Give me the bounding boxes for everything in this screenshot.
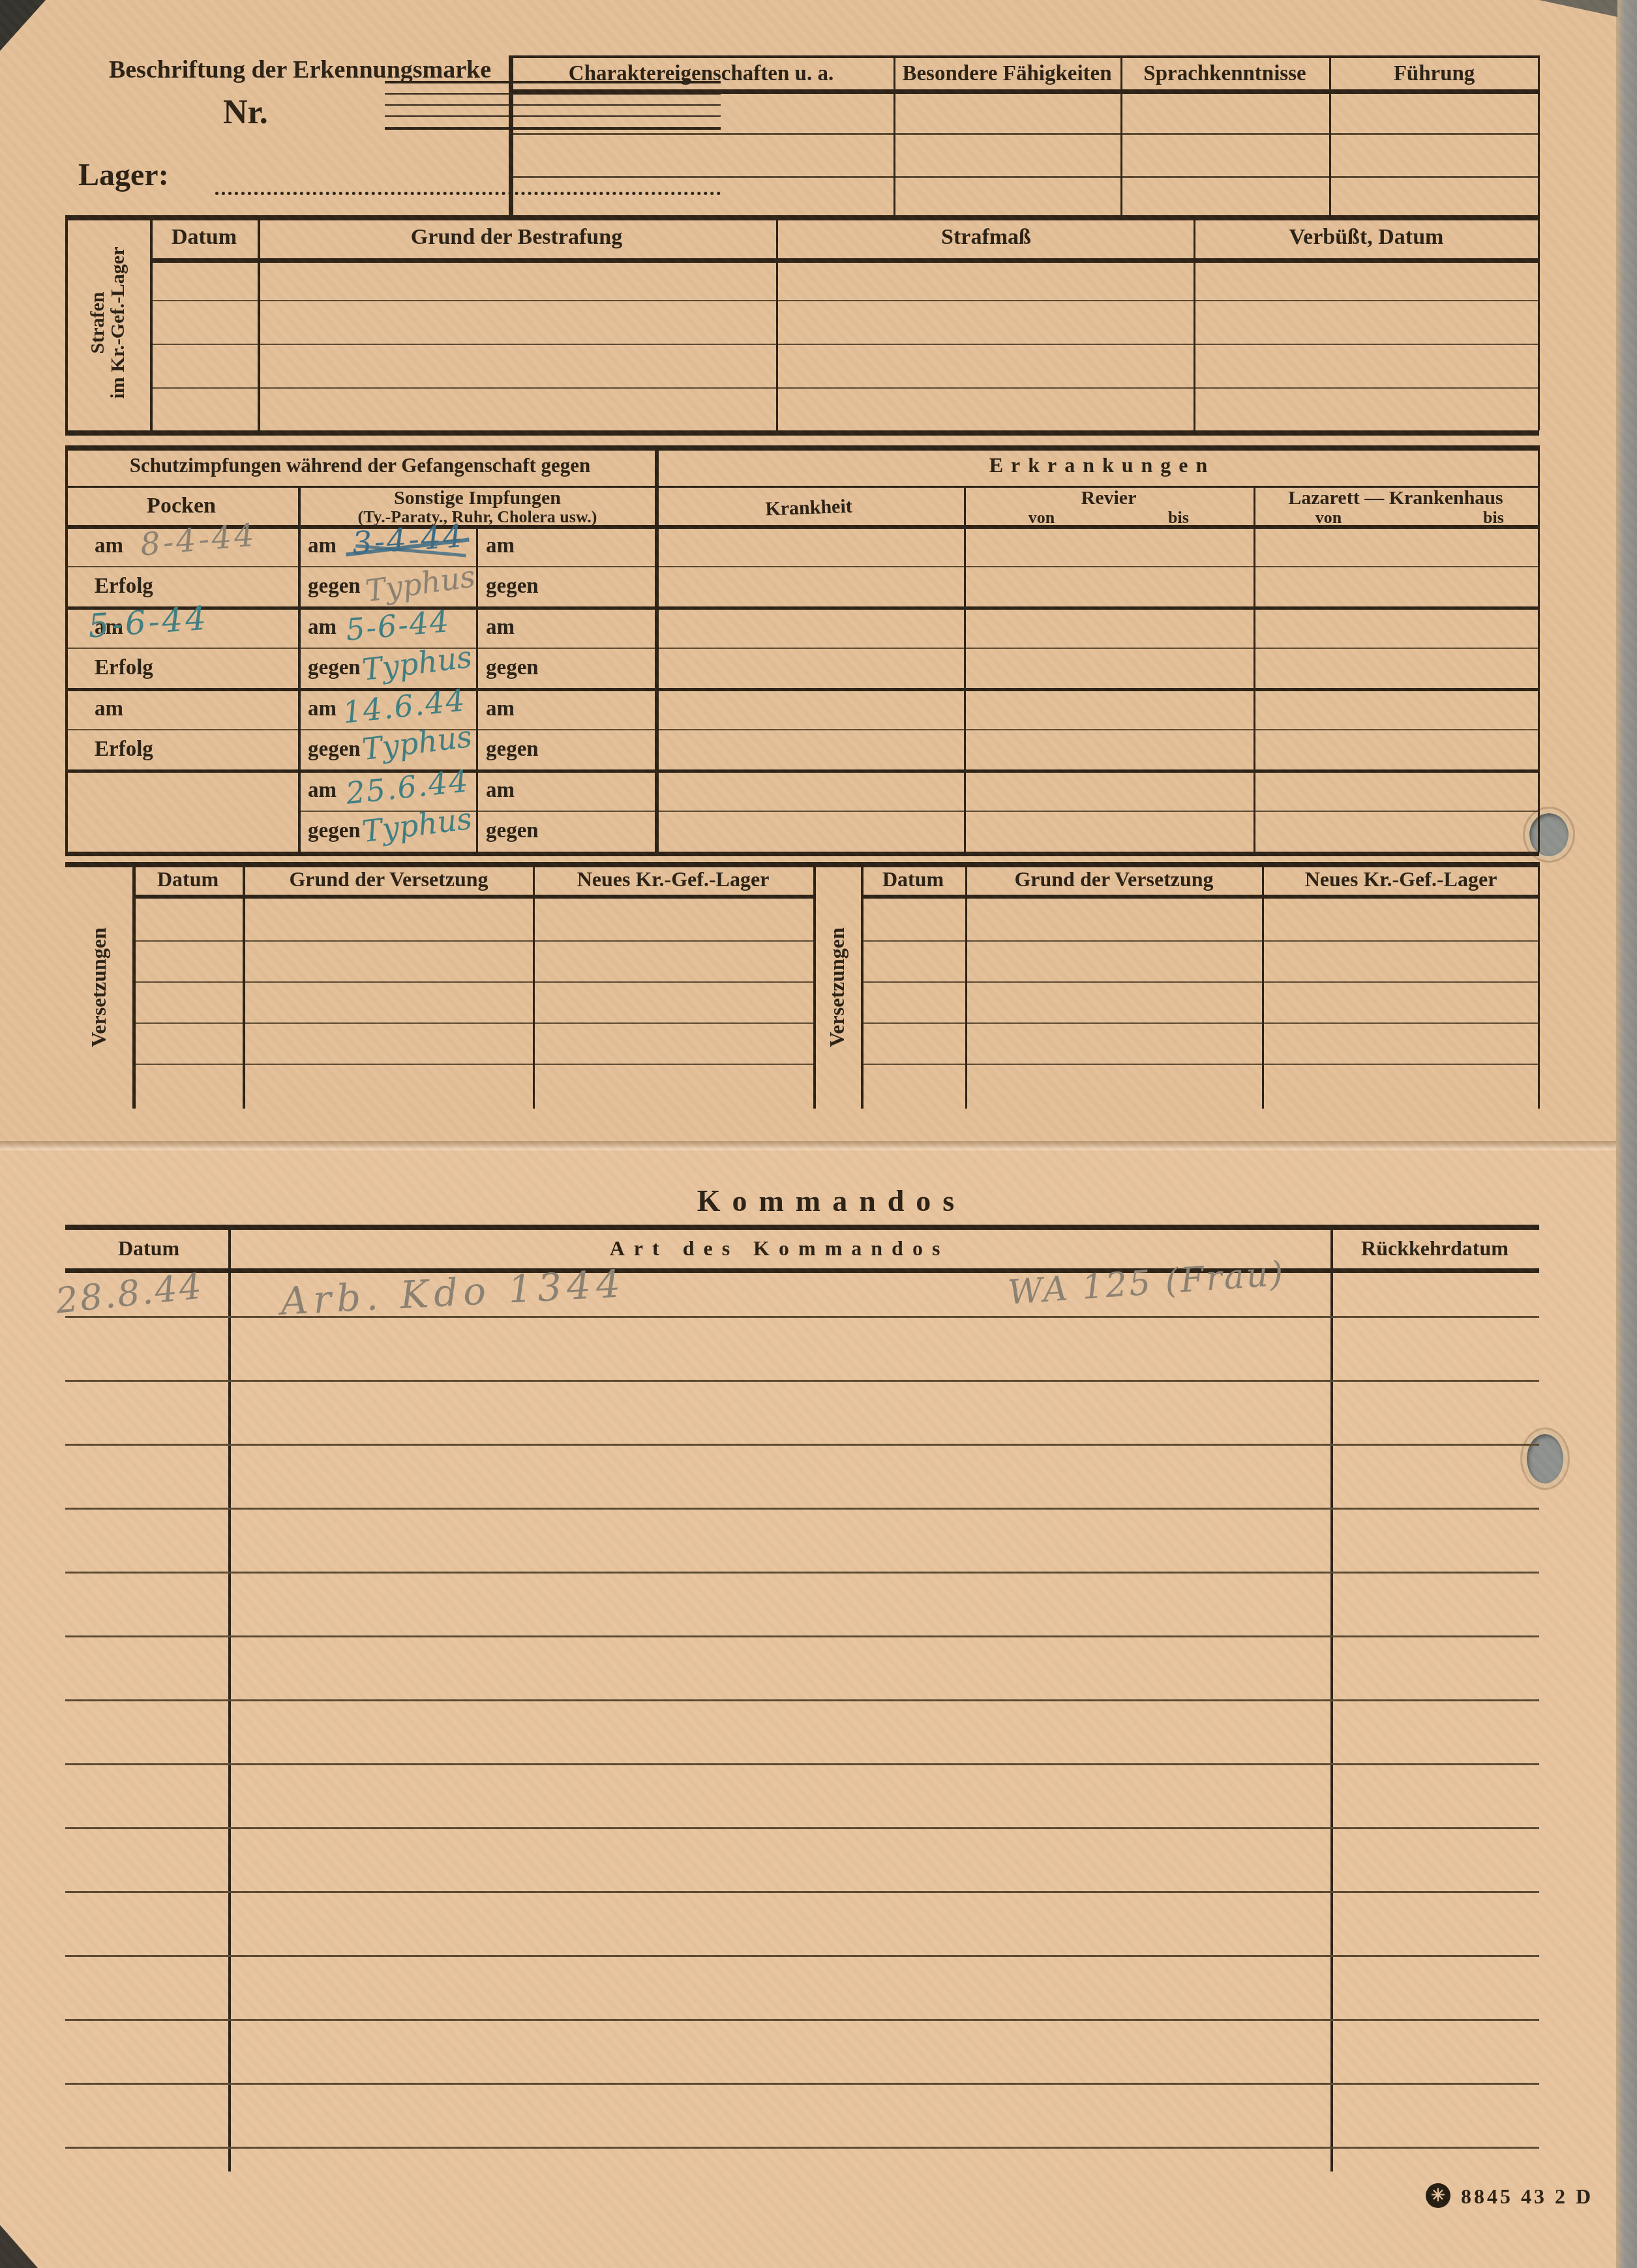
rule bbox=[150, 300, 1539, 301]
rule bbox=[861, 1064, 1539, 1065]
rule bbox=[65, 1891, 1539, 1893]
versetzungen-side-label-text: Versetzungen bbox=[88, 927, 110, 1047]
nr-rule bbox=[385, 104, 721, 106]
sonstige-r8-gegen-label: gegen bbox=[308, 820, 361, 843]
rule bbox=[65, 445, 1539, 451]
rule bbox=[65, 1572, 1539, 1574]
col3-r8-gegen-label: gegen bbox=[486, 820, 539, 843]
nr-rule bbox=[385, 127, 721, 130]
col-sprachkenntnisse: Sprachkenntnisse bbox=[1143, 63, 1306, 85]
versetzungen-right-col-grund: Grund der Versetzung bbox=[1014, 869, 1213, 891]
pocken-r1-am-label: am bbox=[95, 535, 123, 558]
fold-crease bbox=[0, 1141, 1637, 1150]
pocken-r2-erfolg-label: Erfolg bbox=[95, 575, 153, 598]
impfungen-col-pocken: Pocken bbox=[147, 494, 216, 518]
rule bbox=[150, 258, 1539, 263]
rule bbox=[132, 862, 136, 1109]
rule bbox=[509, 55, 1539, 58]
rule bbox=[65, 2019, 1539, 2021]
pocken-r4-erfolg-label: Erfolg bbox=[95, 657, 153, 679]
col3-r7-am-label: am bbox=[486, 779, 515, 802]
col-charaktereigenschaften: Charaktereigenschaften u. a. bbox=[569, 63, 834, 85]
rule bbox=[861, 862, 864, 1109]
versetzungen-left-col-datum: Datum bbox=[157, 869, 218, 891]
rule bbox=[132, 1064, 813, 1065]
sonstige-r7-am-label: am bbox=[308, 779, 337, 802]
handwriting-kommando-art2: WA 125 (Frau) bbox=[1006, 1254, 1286, 1313]
strafen-side-label-line2: im Kr.-Gef.-Lager bbox=[108, 247, 128, 399]
versetzungen-right-col-datum: Datum bbox=[882, 869, 944, 891]
versetzungen-left-col-grund: Grund der Versetzung bbox=[289, 869, 488, 891]
rule bbox=[1120, 55, 1122, 218]
rule bbox=[1538, 862, 1540, 1109]
right-scan-edge bbox=[1616, 0, 1637, 2268]
rule bbox=[132, 895, 813, 899]
versetzungen-side-label-right: Versetzungen bbox=[823, 870, 852, 1105]
rule bbox=[132, 940, 813, 942]
sonstige-r6-gegen-label: gegen bbox=[308, 738, 361, 761]
rule bbox=[1538, 55, 1540, 218]
rule bbox=[65, 1699, 1539, 1701]
rule bbox=[509, 55, 513, 218]
rule bbox=[65, 430, 1539, 436]
rule bbox=[65, 1380, 1539, 1382]
col-besondere-faehigkeiten: Besondere Fähigkeiten bbox=[902, 63, 1111, 85]
strafen-col-strafmass: Strafmaß bbox=[941, 226, 1031, 249]
rule bbox=[1330, 1225, 1333, 2171]
rule bbox=[298, 486, 301, 852]
rule bbox=[964, 486, 966, 852]
rule bbox=[1329, 55, 1331, 218]
rule bbox=[65, 1508, 1539, 1510]
rule bbox=[132, 1022, 813, 1024]
rule bbox=[132, 981, 813, 983]
rule bbox=[65, 1955, 1539, 1957]
rule bbox=[1538, 215, 1540, 430]
rule bbox=[1194, 215, 1195, 430]
rule bbox=[65, 688, 1539, 691]
erkrankungen-col-lazarett: Lazarett — Krankenhaus bbox=[1288, 488, 1503, 509]
rule bbox=[65, 769, 1539, 773]
rule bbox=[65, 2147, 1539, 2149]
lager-dotted-line bbox=[215, 163, 721, 195]
rule bbox=[150, 215, 153, 430]
print-code: 8845 43 2 D bbox=[1461, 2186, 1593, 2208]
rule bbox=[861, 940, 1539, 942]
rule bbox=[243, 862, 245, 1109]
rule bbox=[65, 729, 1539, 730]
strafen-col-grund: Grund der Bestrafung bbox=[411, 226, 622, 249]
rule bbox=[476, 525, 478, 852]
kommandos-col-datum: Datum bbox=[118, 1238, 179, 1260]
revier-bis-label: bis bbox=[1168, 509, 1189, 526]
lager-label: Lager: bbox=[78, 159, 169, 192]
eagle-emblem-icon: ✳ bbox=[1426, 2183, 1450, 2208]
rule bbox=[965, 862, 967, 1109]
impfungen-col-sonstige-line1: Sonstige Impfungen bbox=[394, 488, 561, 509]
strafen-side-label: Strafen im Kr.-Gef.-Lager bbox=[65, 212, 150, 434]
rule bbox=[65, 1268, 1539, 1273]
col3-r5-am-label: am bbox=[486, 698, 515, 721]
revier-von-label: von bbox=[1029, 509, 1055, 526]
sonstige-r1-am-label: am bbox=[308, 535, 337, 558]
rule bbox=[1262, 862, 1264, 1109]
rule bbox=[776, 215, 778, 430]
versetzungen-side-label-text: Versetzungen bbox=[826, 927, 849, 1047]
bottom-left-corner-shadow bbox=[0, 2225, 38, 2268]
rule bbox=[861, 895, 1539, 899]
rule bbox=[894, 55, 895, 218]
rule bbox=[65, 1225, 1539, 1230]
sonstige-r4-gegen-label: gegen bbox=[308, 657, 361, 679]
rule bbox=[1538, 445, 1540, 852]
col3-r6-gegen-label: gegen bbox=[486, 738, 539, 761]
lazarett-von-label: von bbox=[1315, 509, 1342, 526]
versetzungen-side-label-left: Versetzungen bbox=[85, 870, 113, 1105]
erkrankungen-col-krankheit: Krankheit bbox=[765, 496, 852, 520]
kommandos-col-art: Art des Kommandos bbox=[610, 1238, 950, 1260]
col3-r3-am-label: am bbox=[486, 616, 515, 639]
rule bbox=[298, 811, 1539, 812]
sonstige-r5-am-label: am bbox=[308, 698, 337, 721]
rule bbox=[65, 852, 1539, 856]
nr-label: Nr. bbox=[223, 95, 268, 131]
strafen-side-label-line1: Strafen bbox=[87, 292, 108, 354]
rule bbox=[65, 606, 1539, 610]
rule bbox=[813, 862, 816, 1109]
pocken-r6-erfolg-label: Erfolg bbox=[95, 738, 153, 761]
rule bbox=[65, 1827, 1539, 1829]
sonstige-r2-gegen-label: gegen bbox=[308, 575, 361, 598]
rule bbox=[150, 344, 1539, 345]
rule bbox=[65, 1444, 1539, 1446]
rule bbox=[509, 176, 1539, 178]
rule bbox=[655, 445, 659, 852]
strafen-col-verbuesst: Verbüßt, Datum bbox=[1289, 226, 1444, 249]
top-right-corner-shadow bbox=[1539, 0, 1617, 17]
versetzungen-left-col-neues: Neues Kr.-Gef.-Lager bbox=[577, 869, 770, 891]
rule bbox=[65, 2083, 1539, 2085]
handwriting-kommando-datum: 28.8.44 bbox=[53, 1265, 205, 1321]
kommandos-col-rueckkehr: Rückkehrdatum bbox=[1361, 1238, 1509, 1260]
top-left-corner-shadow bbox=[0, 0, 46, 51]
rule bbox=[861, 981, 1539, 983]
rule bbox=[65, 486, 655, 488]
rule bbox=[65, 648, 1539, 649]
pocken-r5-am-label: am bbox=[95, 698, 123, 721]
rule bbox=[509, 89, 1539, 94]
punch-hole-lower bbox=[1522, 1429, 1568, 1488]
erkrankungen-title: Erkrankungen bbox=[989, 455, 1216, 477]
col3-r4-gegen-label: gegen bbox=[486, 657, 539, 679]
rule bbox=[65, 1763, 1539, 1765]
col-fuehrung: Führung bbox=[1394, 63, 1475, 85]
strafen-col-datum: Datum bbox=[172, 226, 237, 249]
rule bbox=[65, 445, 68, 852]
lazarett-bis-label: bis bbox=[1483, 509, 1504, 526]
rule bbox=[509, 133, 1539, 135]
erkrankungen-col-revier: Revier bbox=[1081, 488, 1137, 509]
rule bbox=[65, 566, 1539, 567]
col3-r1-am-label: am bbox=[486, 535, 515, 558]
sonstige-r3-am-label: am bbox=[308, 616, 337, 639]
col3-r2-gegen-label: gegen bbox=[486, 575, 539, 598]
rule bbox=[65, 1635, 1539, 1637]
rule bbox=[65, 862, 1539, 867]
rule bbox=[150, 387, 1539, 389]
nr-rule bbox=[385, 115, 721, 117]
impfungen-title: Schutzimpfungen während der Gefangenscha… bbox=[130, 455, 591, 477]
rule bbox=[65, 215, 1539, 220]
rule bbox=[228, 1225, 231, 2171]
kommandos-title: Kommandos bbox=[697, 1186, 966, 1217]
pow-record-card: Beschriftung der Erkennungsmarke Nr. Lag… bbox=[0, 0, 1637, 2268]
rule bbox=[861, 1022, 1539, 1024]
rule bbox=[1254, 486, 1255, 852]
rule bbox=[258, 215, 260, 430]
versetzungen-right-col-neues: Neues Kr.-Gef.-Lager bbox=[1305, 869, 1497, 891]
beschriftung-label: Beschriftung der Erkennungsmarke bbox=[109, 57, 491, 83]
rule bbox=[533, 862, 535, 1109]
